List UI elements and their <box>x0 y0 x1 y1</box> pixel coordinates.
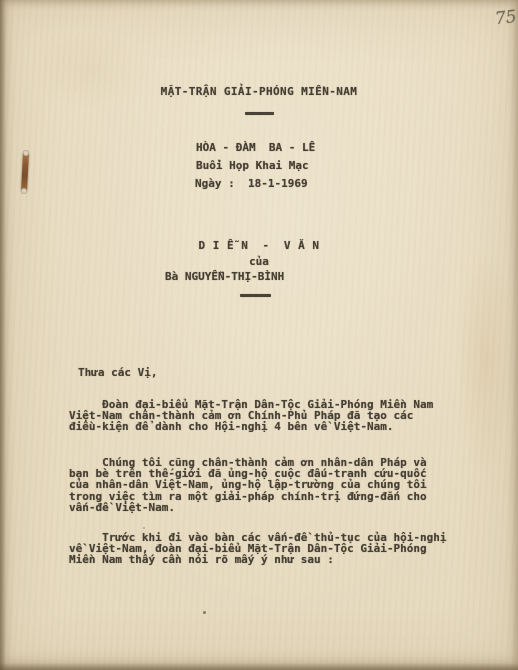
body-paragraph-1: Đoàn đại-biểu Mặt-Trận Dân-Tộc Giải-Phón… <box>69 399 433 433</box>
scan-edge-shadow-bottom <box>0 663 518 670</box>
date-line: Ngày : 18-1-1969 <box>195 178 308 189</box>
pencil-page-number: 75 <box>494 7 518 29</box>
paper-stain <box>455 240 515 480</box>
paper-speck <box>203 611 206 614</box>
title-divider <box>240 294 271 297</box>
scan-edge-shadow-left <box>0 0 6 670</box>
document-page: 75 MẶT-TRẬN GIẢI-PHÓNG MIỀN-NAM HÒA - ĐÀ… <box>0 0 518 670</box>
header-divider <box>245 112 274 115</box>
speaker-name: Bà NGUYỄN-THỊ-BÌNH <box>165 271 284 282</box>
speech-title: D I Ễ N - V Ă N <box>0 240 518 251</box>
conference-title: HÒA - ĐÀM BA - LÊ <box>196 142 315 153</box>
paper-speck <box>143 527 145 529</box>
session-name: Buổi Họp Khai Mạc <box>196 160 309 171</box>
salutation: Thưa các Vị, <box>78 367 157 378</box>
organization-name: MẶT-TRẬN GIẢI-PHÓNG MIỀN-NAM <box>0 86 518 97</box>
of-label: của <box>0 256 518 267</box>
paper-stain <box>30 30 150 110</box>
staple-mark-icon <box>21 152 29 192</box>
body-paragraph-2: Chúng tôi cũng chân-thành cảm ơn nhân-dâ… <box>69 457 427 513</box>
body-paragraph-3: Trước khi đi vào bàn các vấn-đề thủ-tục … <box>69 532 447 566</box>
